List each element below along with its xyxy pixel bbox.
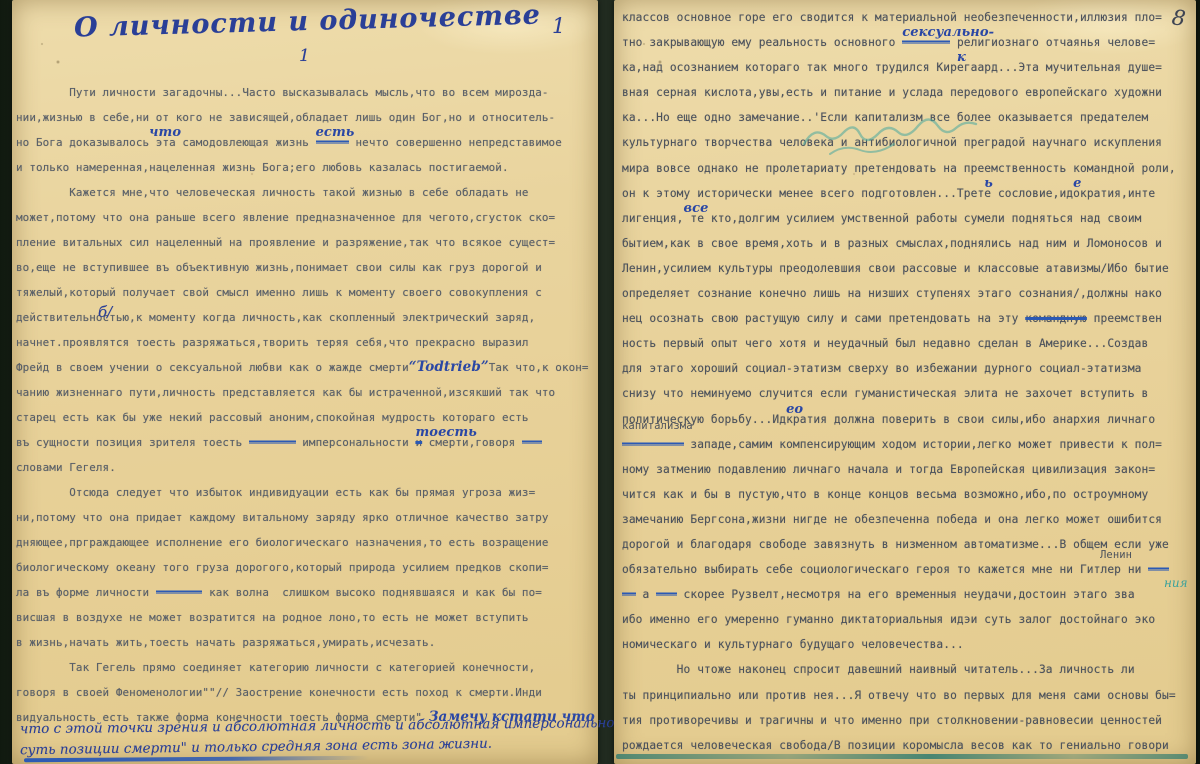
- typed-text: говоря в своей Феноменологии""// Заостре…: [16, 686, 542, 699]
- typed-line: ному затмению подавлению личнаго начала …: [622, 457, 1194, 482]
- typed-text: Отсюда следует что избыток индивидуации …: [16, 486, 535, 499]
- typed-text: ка,над осознанием котораго так много тру…: [622, 61, 957, 74]
- struck-text: [656, 588, 677, 601]
- typed-text: но Бога доказывалось: [16, 136, 149, 149]
- typed-text: вная серная кислота,увы,есть и питание и…: [622, 86, 1162, 99]
- typed-line: ни,потому что она придает каждому виталь…: [16, 505, 596, 530]
- typed-text: номическаго и культурнаго будущаго челов…: [622, 638, 964, 651]
- typed-text: действительностью,к моменту когда личнос…: [16, 311, 535, 324]
- typed-text: мира вовсе однако не пролетариату претен…: [622, 162, 1176, 175]
- typed-text: замечанию Бергсона,жизни нигде не обезпе…: [622, 513, 1162, 526]
- struck-text: [156, 586, 203, 599]
- typed-line: западе,самим компенсирующим ходом истори…: [622, 432, 1194, 457]
- typed-text: ибо именно его умеренно гуманно диктатор…: [622, 613, 1155, 626]
- page-number-corner-left: 1: [552, 14, 565, 38]
- typed-line: ла въ форме личности как волна слишком в…: [16, 580, 596, 605]
- typed-text: для этаго хороший социал-этатизм сверху …: [622, 362, 1142, 375]
- typed-line: чится как и бы в пустую,что в конце конц…: [622, 482, 1194, 507]
- typed-text: как волна слишком высоко поднявшаяся и к…: [202, 586, 542, 599]
- typed-text: словами Гегеля.: [16, 461, 116, 474]
- typed-text: а: [636, 588, 657, 601]
- typed-text: западе,самим компенсирующим ходом истори…: [684, 438, 1162, 451]
- typed-text: скорее Рузвелт,несмотря на его временныя…: [677, 588, 1135, 601]
- typed-line: и только намеренная,нацеленная жизнь Бог…: [16, 155, 596, 180]
- typed-text: ла въ форме личности: [16, 586, 156, 599]
- typed-text: е сословие,ид: [984, 187, 1073, 200]
- typed-text: тяжелый,который получает свой смысл имен…: [16, 286, 542, 299]
- typed-text: дняющее,прграждающее исполнение его биол…: [16, 536, 549, 549]
- typed-text: бытием,как в свое время,хоть и в разных …: [622, 237, 1162, 250]
- typed-text: ность первый опыт чего хотя и неудачный …: [622, 337, 1148, 350]
- typed-text: обязательно выбирать себе социологическа…: [622, 563, 1148, 576]
- typed-line: говоря в своей Феноменологии""// Заостре…: [16, 680, 596, 705]
- typed-text: пление витальных сил нацеленный на прояв…: [16, 236, 555, 249]
- typed-text: тно закрывающую ему реальность основного: [622, 36, 902, 49]
- typed-text: Ленин,усилием культуры преодолевшия свои…: [622, 262, 1169, 275]
- typed-text: Кажется мне,что человеческая личность та…: [16, 186, 529, 199]
- typed-text: классов основное горе его сводится к мат…: [622, 11, 1162, 24]
- typed-text: во,еще не вступившее въ объективную жизн…: [16, 261, 542, 274]
- typed-line: политическую борьбу...Идеократия должна …: [622, 407, 1194, 432]
- typed-text: лигенция,: [622, 212, 684, 225]
- typed-text: висшая в воздухе не может возратится на …: [16, 611, 529, 624]
- typed-line: бытием,как в свое время,хоть и в разных …: [622, 231, 1194, 256]
- struck-text: [1148, 563, 1169, 576]
- typed-text: тия противоречивы и трагичны и что именн…: [622, 714, 1162, 727]
- typed-line: биологическому океану того груза дорогог…: [16, 555, 596, 580]
- typed-line: пление витальных сил нацеленный на прояв…: [16, 230, 596, 255]
- typed-line: может,потому что она раньше всего явлени…: [16, 205, 596, 230]
- typed-text: Так что,к окон=: [489, 361, 589, 374]
- typed-text: Пути личности загадочны...Часто высказыв…: [16, 86, 549, 99]
- typed-line: въ сущности позиция зрителя тоесть импер…: [16, 430, 596, 455]
- typed-line: для этаго хороший социал-этатизм сверху …: [622, 356, 1194, 381]
- typed-line: лигенция,все те кто,долгим усилием умств…: [622, 206, 1194, 231]
- typed-line: ибо именно его умеренно гуманно диктатор…: [622, 607, 1194, 632]
- typed-text: имперсональности: [296, 436, 416, 449]
- typed-text: кратия должна поверить в свои силы,ибо а…: [786, 413, 1155, 426]
- typed-line: снизу что неминуемо случится если гумани…: [622, 381, 1194, 406]
- typed-line: определяет сознание конечно лишь на низш…: [622, 281, 1194, 306]
- typed-line: ность первый опыт чего хотя и неудачный …: [622, 331, 1194, 356]
- typed-text: ни,потому что она придает каждому виталь…: [16, 511, 549, 524]
- typed-text: ты принципиально или против нея...Я отве…: [622, 689, 1176, 702]
- section-number: 1: [299, 46, 310, 66]
- typed-text: Но чтоже наконец спросит давешний наивны…: [622, 663, 1135, 676]
- typed-text: нии,жизнью в себе,ни от кого не зависяще…: [16, 111, 555, 124]
- typed-line: Но чтоже наконец спросит давешний наивны…: [622, 657, 1194, 682]
- typed-text: он к этому исторически менее всего подго…: [622, 187, 984, 200]
- typed-text: и только намеренная,нацеленная жизнь Бог…: [16, 161, 509, 174]
- struck-text: [522, 436, 542, 449]
- typed-text: егаард...Эта мучительная душе=: [957, 61, 1162, 74]
- typed-text: снизу что неминуемо случится если гумани…: [622, 387, 1148, 400]
- typed-line: вная серная кислота,увы,есть и питание и…: [622, 80, 1194, 105]
- typed-line: а скорее Рузвелт,несмотря на его временн…: [622, 582, 1194, 607]
- handwritten-correction-b: б/: [98, 303, 112, 321]
- typed-text: Так Гегель прямо соединяет категорию лич…: [16, 661, 535, 674]
- typed-text: въ сущности позиция зрителя тоесть: [16, 436, 249, 449]
- typed-line: тно закрывающую ему реальность основного…: [622, 30, 1194, 55]
- typed-text: биологическому океану того груза дорогог…: [16, 561, 549, 574]
- page-right: 8 классов основное горе его сводится к м…: [614, 0, 1196, 764]
- page-left: О личности и одиночестве 1 1 Пути личнос…: [12, 0, 598, 764]
- typed-line: начнет.проявлятся тоесть разряжаться,тво…: [16, 330, 596, 355]
- ink-streak-bottom: [616, 754, 1188, 759]
- typed-line: во,еще не вступившее въ объективную жизн…: [16, 255, 596, 280]
- typed-text: нечто совершенно непредставимое: [349, 136, 562, 149]
- typed-line: тия противоречивы и трагичны и что именн…: [622, 708, 1194, 733]
- typed-line: Отсюда следует что избыток индивидуации …: [16, 480, 596, 505]
- typed-line: Пути личности загадочны...Часто высказыв…: [16, 80, 596, 105]
- faint-ink-scribble: [800, 110, 980, 160]
- typed-line: нец осознать свою растущую силу и сами п…: [622, 306, 1194, 331]
- scanned-document: О личности и одиночестве 1 1 Пути личнос…: [0, 0, 1200, 764]
- typed-line: дняющее,прграждающее исполнение его биол…: [16, 530, 596, 555]
- typed-text: может,потому что она раньше всего явлени…: [16, 211, 555, 224]
- struck-text: [249, 436, 296, 449]
- typed-line: но Бога доказывалосьчто эта самодовлеюща…: [16, 130, 596, 155]
- typed-line: ты принципиально или против нея...Я отве…: [622, 683, 1194, 708]
- typed-line: словами Гегеля.: [16, 455, 596, 480]
- typed-interline-insert: Ленин: [1100, 549, 1132, 561]
- typed-line: нии,жизнью в себе,ни от кого не зависяще…: [16, 105, 596, 130]
- typed-line: тяжелый,который получает свой смысл имен…: [16, 280, 596, 305]
- typed-interline-insert: капитализма: [622, 420, 693, 432]
- typed-line: старец есть как бы уже некий рассовый ан…: [16, 405, 596, 430]
- typed-text: Фрейд в своем учении о сексуальной любви…: [16, 361, 409, 374]
- handwritten-insert: “Todtrieb”: [409, 359, 489, 375]
- struck-text: командную: [1025, 312, 1087, 325]
- typed-line: чанию жизненнаго пути,личность представл…: [16, 380, 596, 405]
- typed-line: замечанию Бергсона,жизни нигде не обезпе…: [622, 507, 1194, 532]
- typed-text: ократия,инте: [1073, 187, 1155, 200]
- typed-line: Кажется мне,что человеческая личность та…: [16, 180, 596, 205]
- typed-line: Ленин,усилием культуры преодолевшия свои…: [622, 256, 1194, 281]
- typed-text: определяет сознание конечно лишь на низш…: [622, 287, 1162, 300]
- handwritten-word-ending: ния: [1164, 576, 1188, 590]
- handwritten-note-line-2: суть позиции смерти" и только средняя зо…: [20, 736, 492, 759]
- typed-line: висшая в воздухе не может возратится на …: [16, 605, 596, 630]
- typed-text: рождается человеческая свобода/В позиции…: [622, 739, 1169, 752]
- typed-text: нец осознать свою растущую силу и сами п…: [622, 312, 1025, 325]
- typed-line: ка,над осознанием котораго так много тру…: [622, 55, 1194, 80]
- typed-text: дорогой и благодаря свободе завязнуть в …: [622, 538, 1169, 551]
- typed-text: в жизнь,начать жить,тоесть начать разряж…: [16, 636, 435, 649]
- typed-text: начнет.проявлятся тоесть разряжаться,тво…: [16, 336, 529, 349]
- typed-text-left: Пути личности загадочны...Часто высказыв…: [16, 80, 596, 730]
- typed-line: в жизнь,начать жить,тоесть начать разряж…: [16, 630, 596, 655]
- typed-text: преемствен: [1087, 312, 1162, 325]
- typed-text: чится как и бы в пустую,что в конце конц…: [622, 488, 1148, 501]
- handwritten-title: О личности и одиночестве: [74, 0, 542, 44]
- struck-text: [622, 588, 636, 601]
- typed-line: Фрейд в своем учении о сексуальной любви…: [16, 355, 596, 380]
- typed-text: старец есть как бы уже некий рассовый ан…: [16, 411, 529, 424]
- typed-text: те кто,долгим усилием умственной работы …: [684, 212, 1142, 225]
- typed-line: Так Гегель прямо соединяет категорию лич…: [16, 655, 596, 680]
- typed-line: номическаго и культурнаго будущаго челов…: [622, 632, 1194, 657]
- struck-text: [622, 438, 684, 451]
- typed-text: чанию жизненнаго пути,личность представл…: [16, 386, 555, 399]
- typed-text: ному затмению подавлению личнаго начала …: [622, 463, 1155, 476]
